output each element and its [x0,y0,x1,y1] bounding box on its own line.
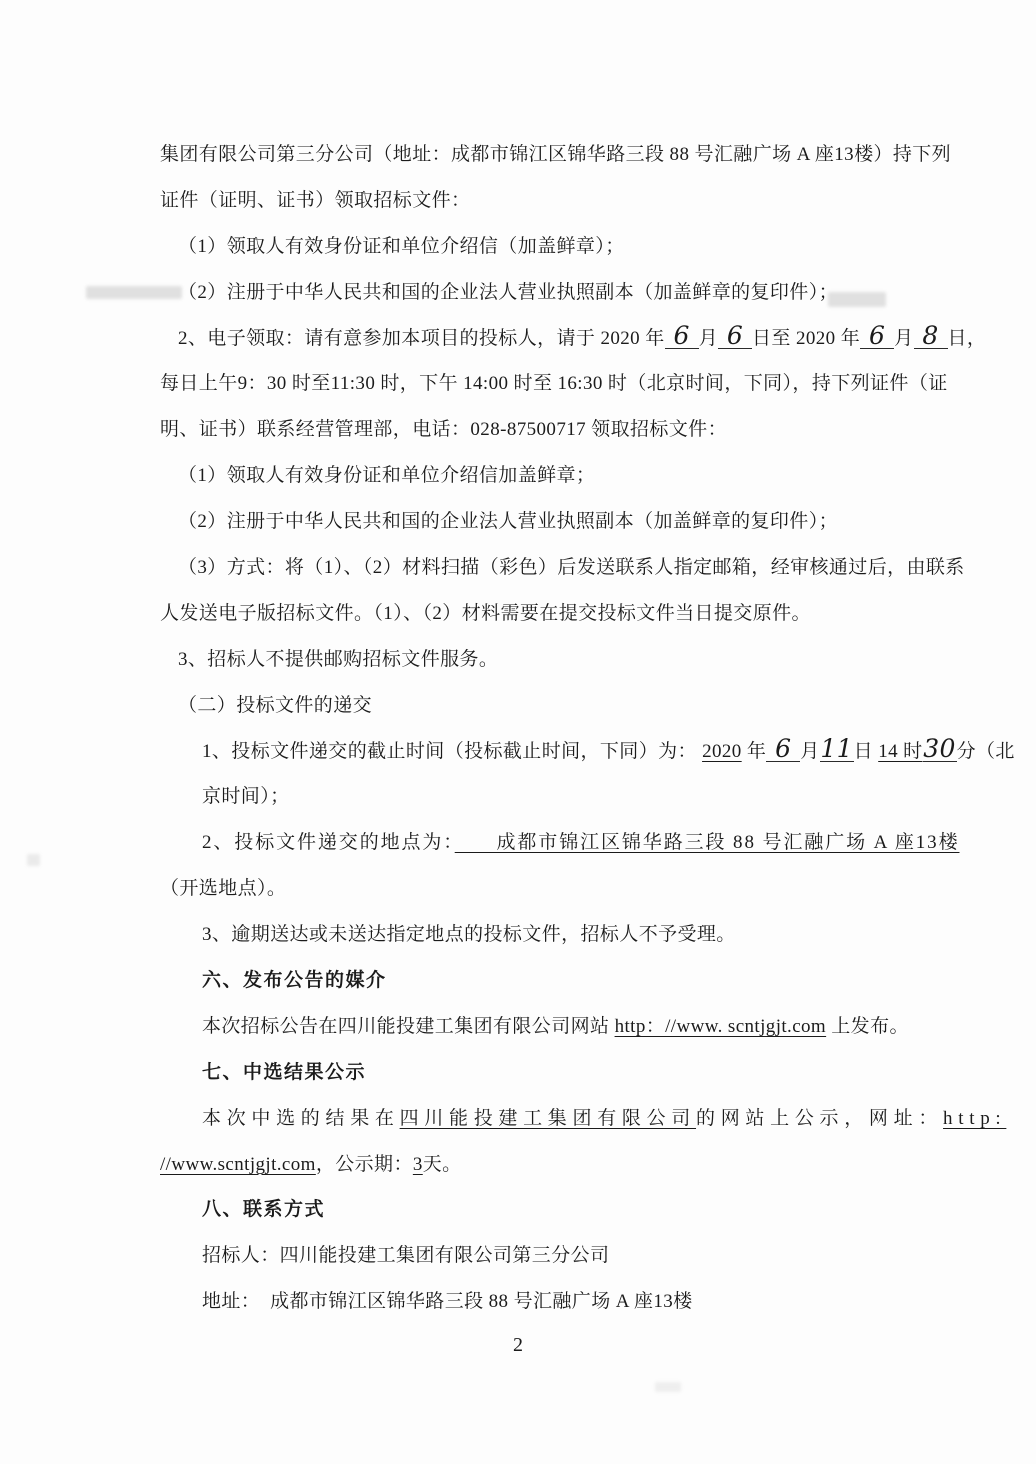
document-line: //www.scntjgjt.com，公示期：3天。 [160,1150,960,1196]
document-line: 八、联系方式 [160,1195,960,1241]
text-segment: 上发布。 [826,1016,909,1037]
document-line: （开选地点）。 [160,874,960,920]
text-segment: http：//www. scntjgjt.com [615,1016,827,1037]
document-line: 1、投标文件递交的截止时间（投标截止时间，下同）为： 2020 年6月11日 1… [160,737,960,783]
document-line: 七、中选结果公示 [160,1058,960,1104]
document-line: 本次招标公告在四川能投建工集团有限公司网站 http：//www. scntjg… [160,1012,960,1058]
document-line: 每日上午9：30 时至11:30 时，下午 14:00 时至 16:30 时（北… [160,369,960,415]
document-line: 证件（证明、证书）领取招标文件： [160,186,960,232]
document-line: （二）投标文件的递交 [160,691,960,737]
text-segment: 2、电子领取：请有意参加本项目的投标人，请于 2020 年 [178,328,665,349]
document-line: （3）方式：将（1）、（2）材料扫描（彩色）后发送联系人指定邮箱，经审核通过后，… [160,553,960,599]
document-line: 招标人：四川能投建工集团有限公司第三分公司 [160,1241,960,1287]
document-body: 集团有限公司第三分公司（地址：成都市锦江区锦华路三段 88 号汇融广场 A 座1… [160,140,960,1333]
text-segment: 3、招标人不提供邮购招标文件服务。 [178,649,498,670]
text-segment: 本次招标公告在四川能投建工集团有限公司网站 [202,1016,615,1037]
document-line: 3、招标人不提供邮购招标文件服务。 [160,645,960,691]
document-line: （2）注册于中华人民共和国的企业法人营业执照副本（加盖鲜章的复印件）； [160,507,960,553]
document-line: 人发送电子版招标文件。（1）、（2）材料需要在提交投标文件当日提交原件。 [160,599,960,645]
text-segment: （1）领取人有效身份证和单位介绍信加盖鲜章； [178,465,595,486]
handwritten-value: 6 [718,324,752,349]
text-segment: （3）方式：将（1）、（2）材料扫描（彩色）后发送联系人指定邮箱，经审核通过后，… [178,557,965,578]
document-line: 地址： 成都市锦江区锦华路三段 88 号汇融广场 A 座13楼 [160,1287,960,1333]
document-line: （1）领取人有效身份证和单位介绍信加盖鲜章； [160,461,960,507]
text-segment: 月 [699,328,718,349]
text-segment: 人发送电子版招标文件。（1）、（2）材料需要在提交投标文件当日提交原件。 [160,603,811,624]
document-line: （1）领取人有效身份证和单位介绍信（加盖鲜章）； [160,232,960,278]
document-line: 集团有限公司第三分公司（地址：成都市锦江区锦华路三段 88 号汇融广场 A 座1… [160,140,960,186]
document-line: 3、逾期送达或未送达指定地点的投标文件，招标人不予受理。 [160,920,960,966]
text-segment: 日， [948,328,987,349]
text-segment: //www.scntjgjt.com [160,1154,316,1175]
text-segment: http: [943,1108,1006,1129]
text-segment: 京时间）； [202,786,290,807]
text-segment: （2）注册于中华人民共和国的企业法人营业执照副本（加盖鲜章的复印件）； [178,511,838,532]
text-segment: 2、投标文件递交的地点为： [202,832,455,853]
handwritten-value: 11 [820,737,854,762]
handwritten-value: 6 [860,324,894,349]
text-segment: 14 时 [878,741,922,762]
text-segment: ，公示期： [316,1154,413,1175]
document-line: 2、投标文件递交的地点为： 成都市锦江区锦华路三段 88 号汇融广场 A 座13… [160,828,960,874]
text-segment: （二）投标文件的递交 [178,695,372,716]
text-segment: 招标人：四川能投建工集团有限公司第三分公司 [202,1245,609,1266]
text-segment: 的网站上公示，网址： [696,1108,943,1129]
text-segment: 1、投标文件递交的截止时间（投标截止时间，下同）为： [202,741,702,762]
text-segment: 每日上午9：30 时至11:30 时，下午 14:00 时至 16:30 时（北… [160,373,948,394]
text-segment: 四川能投建工集团有限公司 [400,1108,696,1129]
text-segment: 分（北 [957,741,1015,762]
text-segment: 日 [854,741,879,762]
handwritten-value: 6 [665,324,699,349]
text-segment: 3 [413,1154,423,1175]
section-heading: 八、联系方式 [202,1199,325,1220]
text-segment: （1）领取人有效身份证和单位介绍信（加盖鲜章）； [178,236,625,257]
document-line: （2）注册于中华人民共和国的企业法人营业执照副本（加盖鲜章的复印件）； [160,278,960,324]
document-line: 2、电子领取：请有意参加本项目的投标人，请于 2020 年6月6日至 2020 … [160,324,960,370]
scan-smudge [655,1382,681,1392]
text-segment: （2）注册于中华人民共和国的企业法人营业执照副本（加盖鲜章的复印件）； [178,282,838,303]
text-segment: 集团有限公司第三分公司（地址：成都市锦江区锦华路三段 88 号汇融广场 A 座1… [160,144,951,165]
document-line: 本次中选的结果在四川能投建工集团有限公司的网站上公示，网址：http: [160,1104,960,1150]
text-segment: 月 [894,328,913,349]
text-segment: 月 [800,741,819,762]
text-segment: 成都市锦江区锦华路三段 88 号汇融广场 A 座13楼 [455,832,960,853]
text-segment: 证件（证明、证书）领取招标文件： [160,190,470,211]
section-heading: 六、发布公告的媒介 [202,970,387,991]
scan-smudge [27,854,40,866]
text-segment: （开选地点）。 [160,878,286,899]
document-line: 六、发布公告的媒介 [160,966,960,1012]
text-segment: 地址： 成都市锦江区锦华路三段 88 号汇融广场 A 座13楼 [202,1291,693,1312]
section-heading: 七、中选结果公示 [202,1062,366,1083]
handwritten-value: 6 [766,737,800,762]
text-segment: 明、证书）联系经营管理部，电话：028-87500717 领取招标文件： [160,419,727,440]
text-segment: 3、逾期送达或未送达指定地点的投标文件，招标人不予受理。 [202,924,736,945]
document-line: 明、证书）联系经营管理部，电话：028-87500717 领取招标文件： [160,415,960,461]
text-segment: 日至 2020 年 [752,328,860,349]
text-segment: 年 [742,741,767,762]
handwritten-value: 30 [923,737,957,762]
text-segment: 本次中选的结果在 [202,1108,400,1129]
page-number: 2 [0,1334,1036,1357]
document-line: 京时间）； [160,782,960,828]
text-segment: 2020 [702,741,742,762]
text-segment: 天。 [423,1154,462,1175]
handwritten-value: 8 [914,324,948,349]
